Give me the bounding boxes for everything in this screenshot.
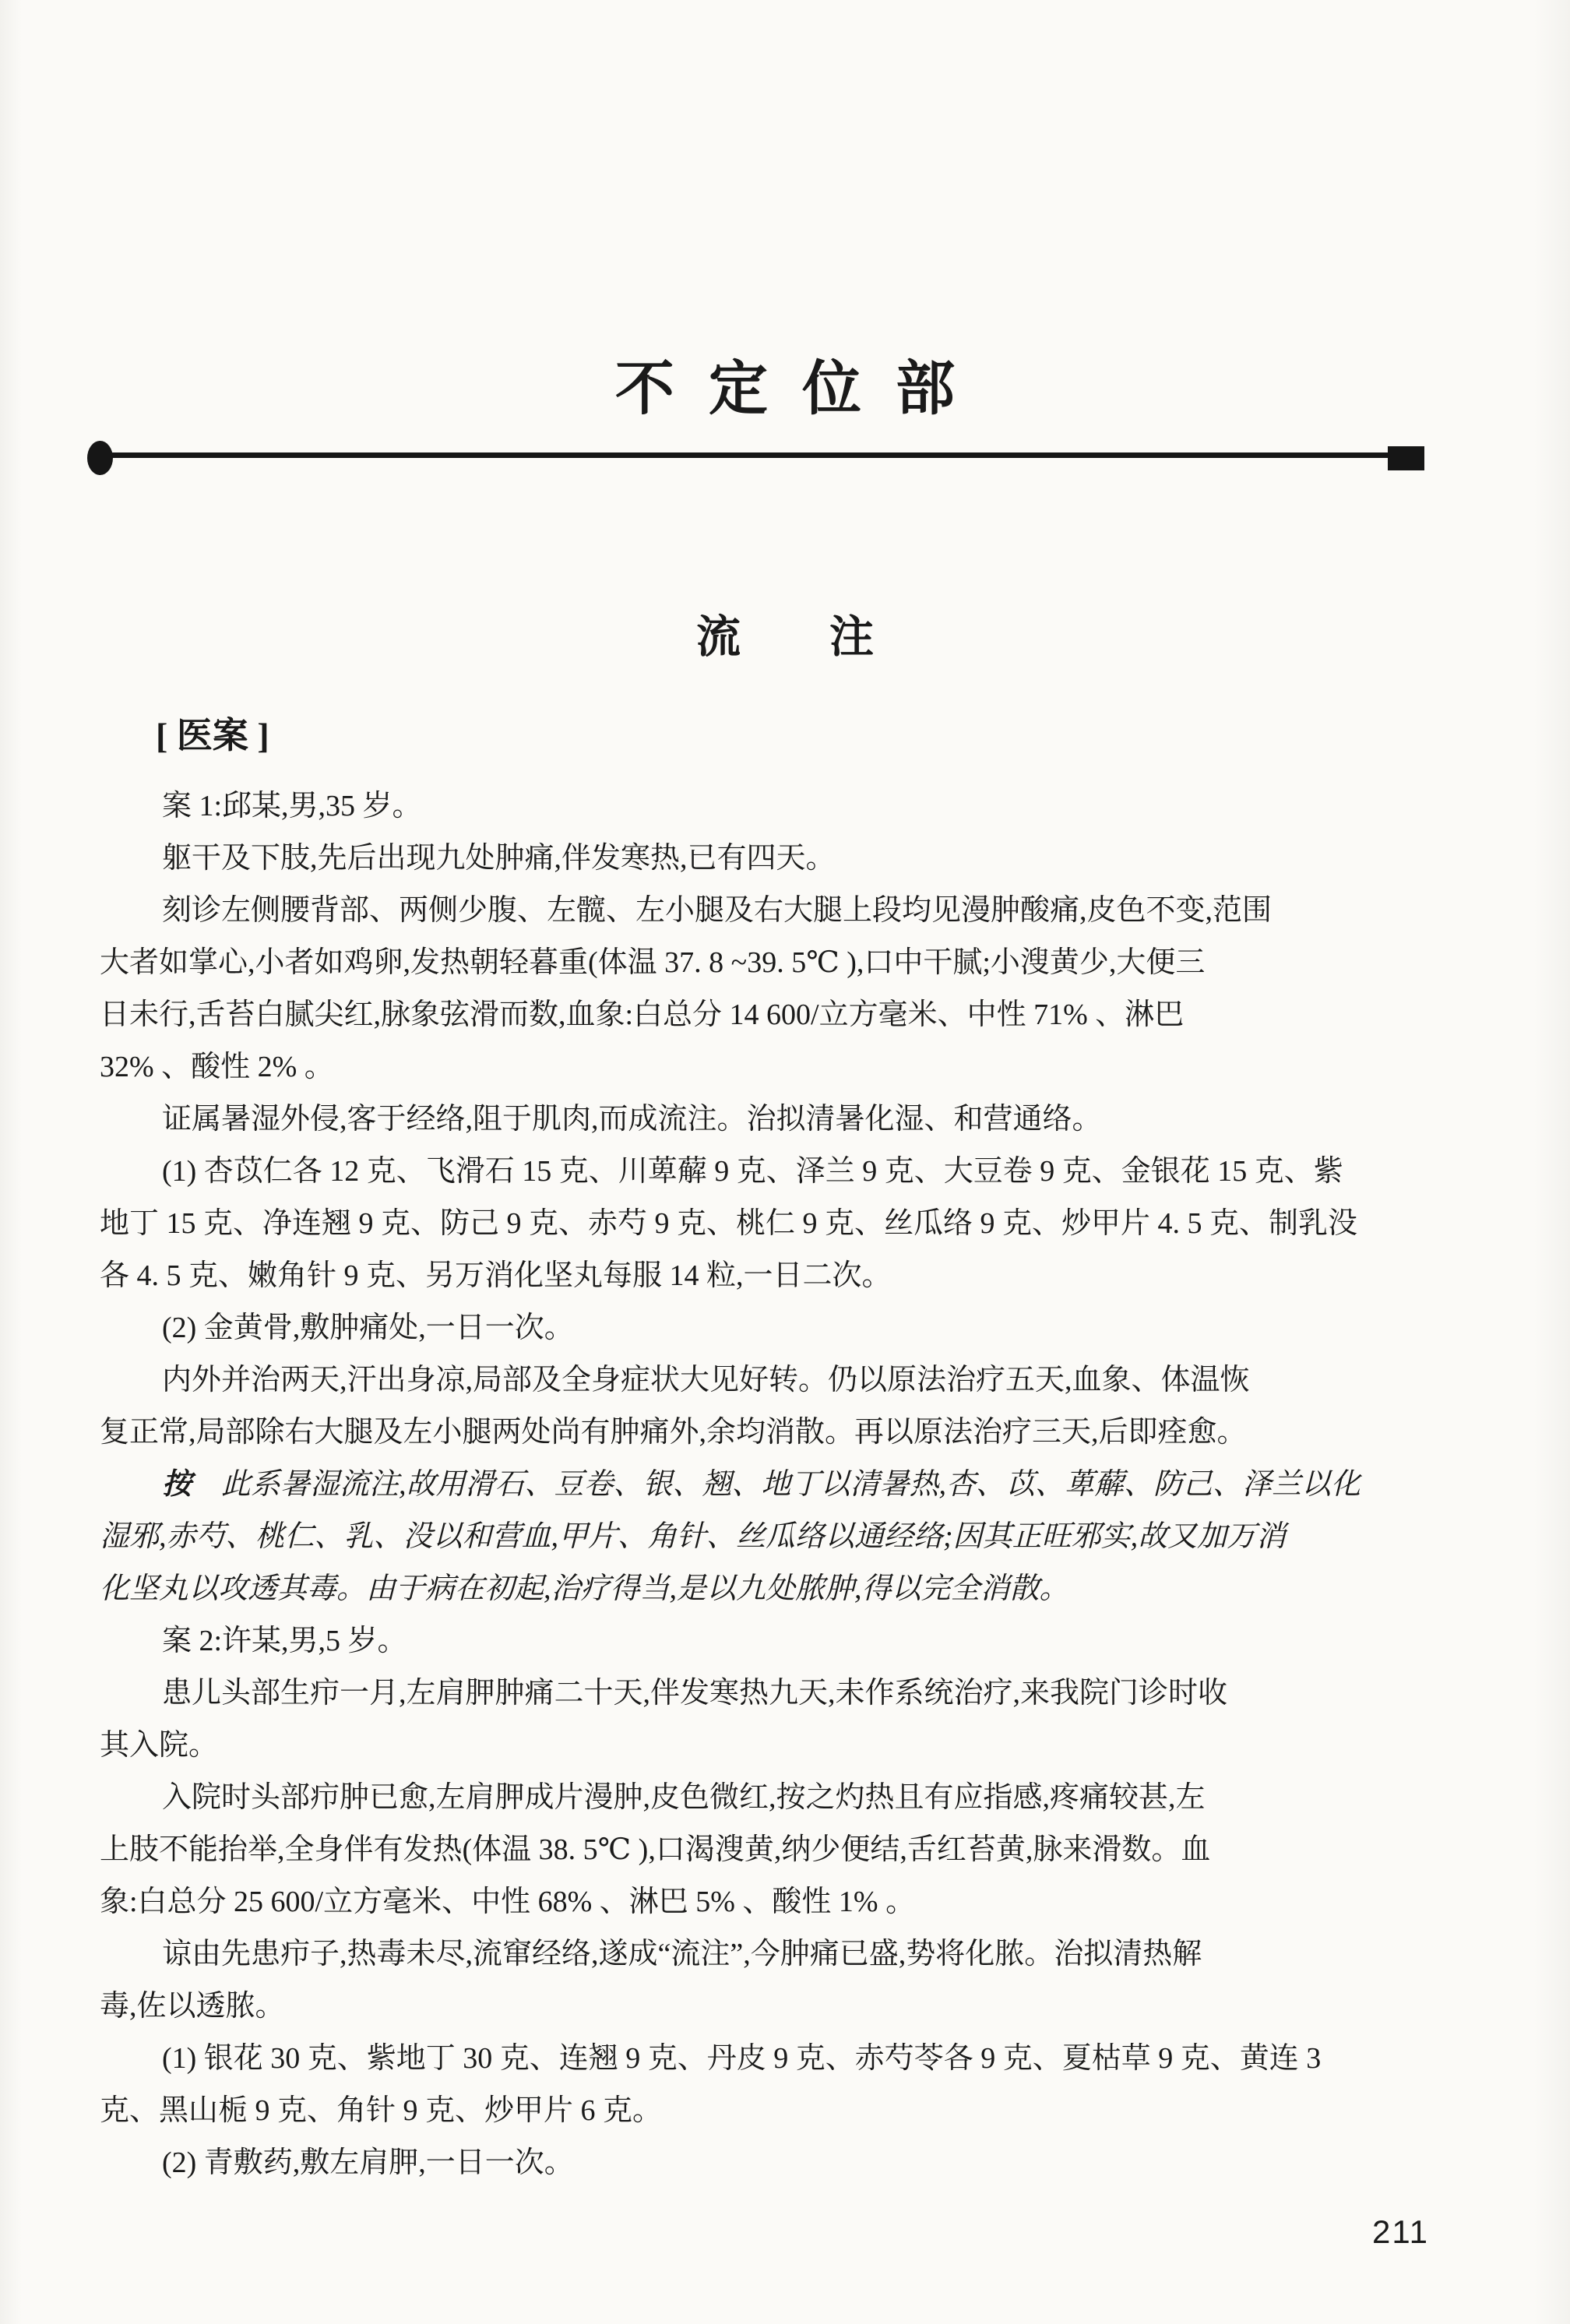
prescription1-line: 克、黑山栀 9 克、角针 9 克、炒甲片 6 克。 — [100, 2085, 1475, 2137]
case-section-label: [ 医案 ] — [156, 707, 269, 759]
body-line: 上肢不能抬举,全身伴有发热(体温 38. 5℃ ),口渴溲黄,纳少便结,舌红苔黄… — [100, 1824, 1475, 1876]
note-text: 此系暑湿流注,故用滑石、豆卷、银、翘、地丁以清暑热,杏、苡、萆薢、防己、泽兰以化 — [221, 1468, 1361, 1501]
note-line: 湿邪,赤芍、桃仁、乳、没以和营血,甲片、角针、丝瓜络以通经络;因其正旺邪实,故又… — [100, 1511, 1475, 1563]
section-title: 流 注 — [0, 601, 1570, 665]
chapter-divider — [0, 439, 1570, 489]
note-line: 化坚丸以攻透其毒。由于病在初起,治疗得当,是以九处脓肿,得以完全消散。 — [100, 1563, 1475, 1615]
note-line: 按此系暑湿流注,故用滑石、豆卷、银、翘、地丁以清暑热,杏、苡、萆薢、防己、泽兰以… — [100, 1459, 1475, 1511]
case2-heading-line: 案 2:许某,男,5 岁。 — [100, 1615, 1475, 1667]
prescription1-line: 各 4. 5 克、嫩角针 9 克、另万消化坚丸每服 14 粒,一日二次。 — [100, 1250, 1475, 1302]
body-line: 内外并治两天,汗出身凉,局部及全身症状大见好转。仍以原法治疗五天,血象、体温恢 — [100, 1354, 1475, 1407]
prescription2-line: (2) 金黄骨,敷肿痛处,一日一次。 — [100, 1302, 1475, 1354]
case1-heading-line: 案 1:邱某,男,35 岁。 — [100, 780, 1475, 833]
body-line: 大者如掌心,小者如鸡卵,发热朝轻暮重(体温 37. 8 ~39. 5℃ ),口中… — [100, 937, 1475, 989]
body-line: 其入院。 — [100, 1720, 1475, 1772]
prescription1-line: (1) 杏苡仁各 12 克、飞滑石 15 克、川萆薢 9 克、泽兰 9 克、大豆… — [100, 1146, 1475, 1198]
body-text: 案 1:邱某,男,35 岁。 躯干及下肢,先后出现九处肿痛,伴发寒热,已有四天。… — [100, 780, 1475, 2189]
prescription1-line: 地丁 15 克、净连翘 9 克、防己 9 克、赤芍 9 克、桃仁 9 克、丝瓜络… — [100, 1198, 1475, 1250]
body-line: 证属暑湿外侵,客于经络,阻于肌肉,而成流注。治拟清暑化湿、和营通络。 — [100, 1093, 1475, 1146]
body-line: 入院时头部疖肿已愈,左肩胛成片漫肿,皮色微红,按之灼热且有应指感,疼痛较甚,左 — [100, 1772, 1475, 1824]
body-line: 刻诊左侧腰背部、两侧少腹、左髋、左小腿及右大腿上段均见漫肿酸痛,皮色不变,范围 — [100, 885, 1475, 937]
body-line: 复正常,局部除右大腿及左小腿两处尚有肿痛外,余均消散。再以原法治疗三天,后即痊愈… — [100, 1407, 1475, 1459]
body-line: 躯干及下肢,先后出现九处肿痛,伴发寒热,已有四天。 — [100, 833, 1475, 885]
prescription2-line: (2) 青敷药,敷左肩胛,一日一次。 — [100, 2137, 1475, 2189]
divider-square-icon — [1388, 446, 1424, 470]
body-line: 象:白总分 25 600/立方毫米、中性 68% 、淋巴 5% 、酸性 1% 。 — [100, 1876, 1475, 1928]
divider-dot-icon — [87, 441, 113, 475]
body-line: 日未行,舌苔白腻尖红,脉象弦滑而数,血象:白总分 14 600/立方毫米、中性 … — [100, 989, 1475, 1041]
chapter-title: 不定位部 — [0, 341, 1570, 426]
body-line: 患儿头部生疖一月,左肩胛肿痛二十天,伴发寒热九天,未作系统治疗,来我院门诊时收 — [100, 1667, 1475, 1720]
body-line: 毒,佐以透脓。 — [100, 1981, 1475, 2033]
note-label: 按 — [162, 1468, 192, 1501]
divider-line — [101, 452, 1400, 458]
prescription1-line: (1) 银花 30 克、紫地丁 30 克、连翘 9 克、丹皮 9 克、赤芍苓各 … — [100, 2033, 1475, 2085]
body-line: 32% 、酸性 2% 。 — [100, 1041, 1475, 1093]
body-line: 谅由先患疖子,热毒未尽,流窜经络,遂成“流注”,今肿痛已盛,势将化脓。治拟清热解 — [100, 1928, 1475, 1981]
book-page: 不定位部 流 注 [ 医案 ] 案 1:邱某,男,35 岁。 躯干及下肢,先后出… — [0, 0, 1570, 2324]
page-number: 211 — [1372, 2213, 1429, 2251]
